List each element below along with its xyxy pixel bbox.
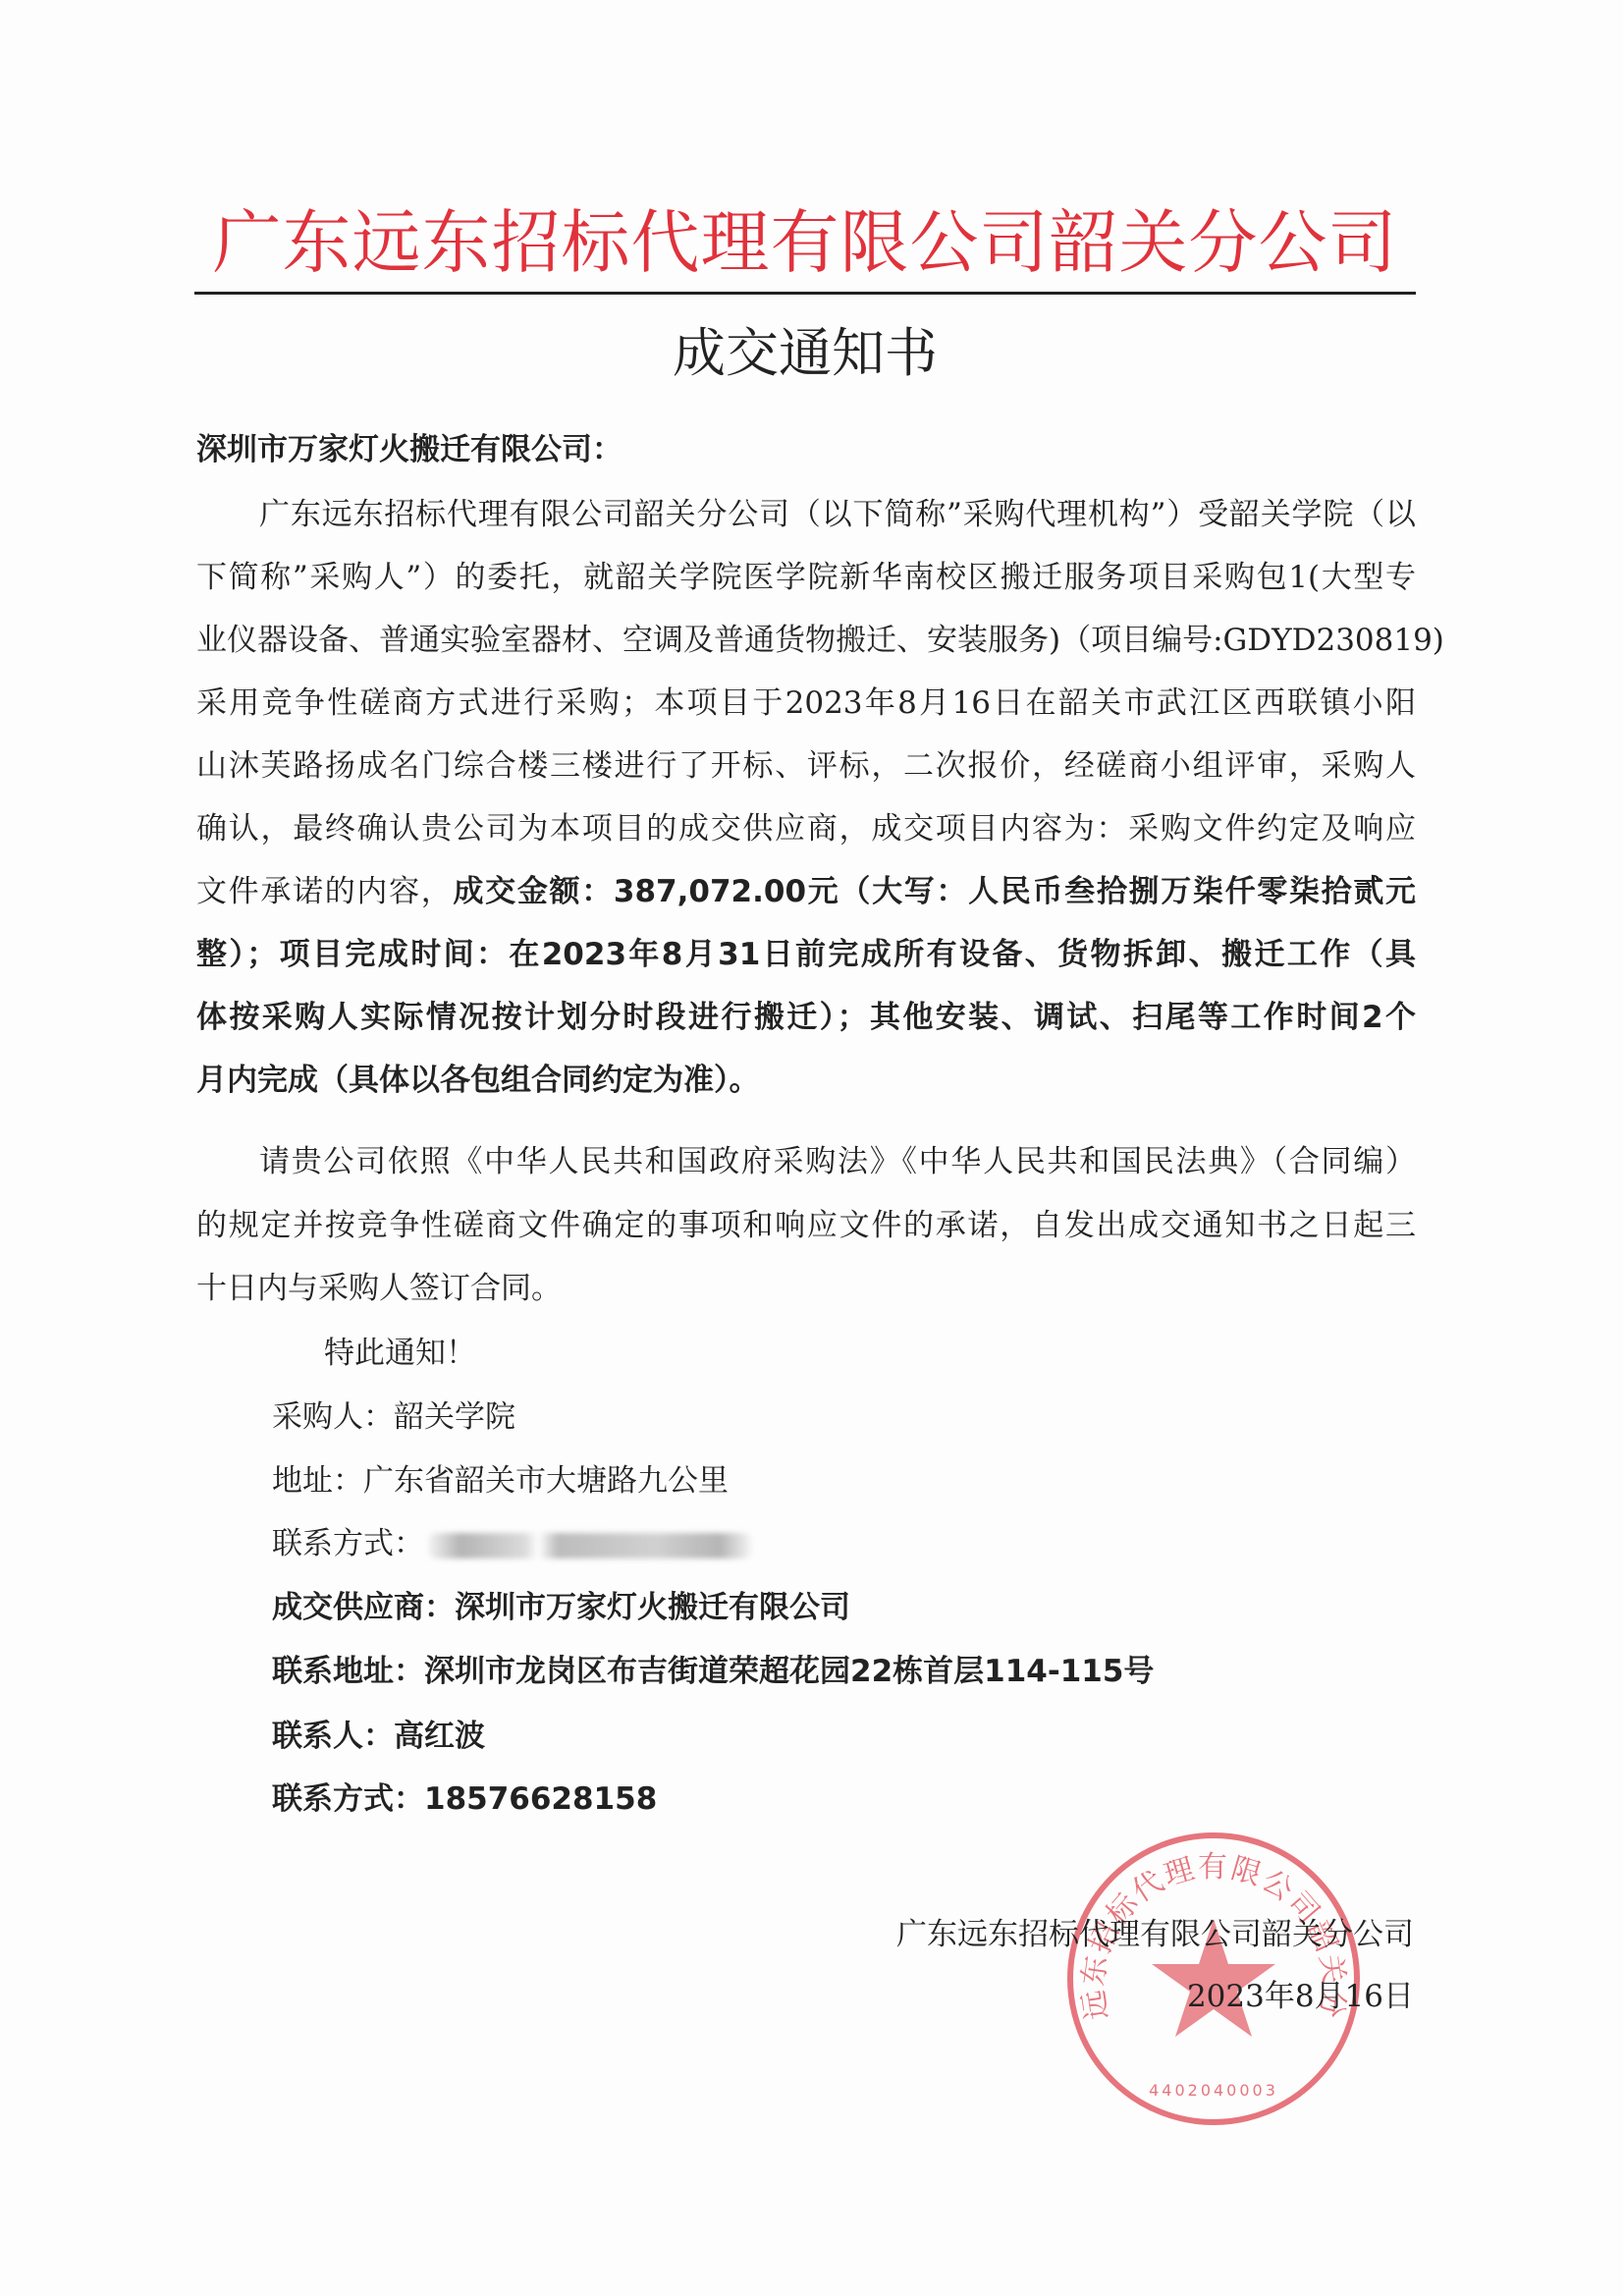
contract-amount: 成交金额：387,072.00元（大写：人民币叁拾捌万柒仟零柒拾贰元 xyxy=(453,874,1416,909)
purchaser-name-row: 采购人：韶关学院 xyxy=(272,1397,1352,1437)
purchaser-contact-row: 联系方式： xyxy=(272,1524,1352,1563)
closing-notice: 特此通知！ xyxy=(324,1334,717,1373)
svg-text:4402040003: 4402040003 xyxy=(1149,2081,1278,2100)
letterhead-company-name: 广东远东招标代理有限公司韶关分公司 xyxy=(194,201,1416,284)
purchaser-address-row: 地址：广东省韶关市大塘路九公里 xyxy=(272,1461,1352,1501)
supplier-address: 深圳市龙岗区布吉街道荣超花园22栋首层114-115号 xyxy=(424,1654,1154,1689)
purchaser-address: 广东省韶关市大塘路九公里 xyxy=(363,1463,729,1499)
signature-organization: 广东远东招标代理有限公司韶关分公司 xyxy=(864,1915,1414,1954)
paragraph1-line-6: 确认，最终确认贵公司为本项目的成交供应商，成交项目内容为：采购文件约定及响应 xyxy=(196,809,1416,848)
supplier-phone-row: 联系方式：18576628158 xyxy=(272,1779,1352,1819)
purchaser-address-label: 地址： xyxy=(272,1463,363,1499)
signature-date: 2023年8月16日 xyxy=(982,1977,1414,2016)
redacted-contact-blur xyxy=(428,1533,752,1558)
supplier-contact-person-row: 联系人：高红波 xyxy=(272,1717,1352,1756)
document-page: 广东远东招标代理有限公司韶关分公司 成交通知书 深圳市万家灯火搬迁有限公司： 广… xyxy=(0,0,1623,2296)
purchaser-contact-label: 联系方式： xyxy=(272,1526,424,1561)
paragraph1-line-3: 业仪器设备、普通实验室器材、空调及普通货物搬迁、安装服务)（项目编号:GDYD2… xyxy=(196,621,1416,660)
paragraph2-line-3: 十日内与采购人签订合同。 xyxy=(196,1269,1416,1308)
letterhead-divider xyxy=(194,292,1416,295)
paragraph1-line-4: 采用竞争性磋商方式进行采购；本项目于2023年8月16日在韶关市武江区西联镇小阳 xyxy=(196,683,1416,723)
paragraph1-line-5: 山沐芙路扬成名门综合楼三楼进行了开标、评标，二次报价，经磋商小组评审，采购人 xyxy=(196,746,1416,786)
completion-time-line-2: 体按采购人实际情况按计划分时段进行搬迁）；其他安装、调试、扫尾等工作时间2个 xyxy=(196,998,1416,1037)
supplier-phone-label: 联系方式： xyxy=(272,1781,424,1817)
supplier-name-label: 成交供应商： xyxy=(272,1590,455,1625)
purchaser-name-label: 采购人： xyxy=(272,1399,394,1435)
paragraph2-line-2: 的规定并按竞争性磋商文件确定的事项和响应文件的承诺，自发出成交通知书之日起三 xyxy=(196,1206,1416,1245)
paragraph1-line-1: 广东远东招标代理有限公司韶关分公司（以下简称”采购代理机构”）受韶关学院（以 xyxy=(259,495,1416,534)
supplier-address-label: 联系地址： xyxy=(272,1654,424,1689)
completion-time-line-3: 月内完成（具体以各包组合同约定为准）。 xyxy=(196,1061,1416,1100)
supplier-name-row: 成交供应商：深圳市万家灯火搬迁有限公司 xyxy=(272,1588,1352,1627)
supplier-name: 深圳市万家灯火搬迁有限公司 xyxy=(455,1590,850,1625)
contract-content-text: 文件承诺的内容， xyxy=(196,874,453,909)
addressee: 深圳市万家灯火搬迁有限公司： xyxy=(196,430,1416,469)
supplier-contact-person: 高红波 xyxy=(394,1719,485,1754)
paragraph1-line-7: 文件承诺的内容，成交金额：387,072.00元（大写：人民币叁拾捌万柒仟零柒拾… xyxy=(196,872,1416,911)
paragraph1-line-2: 下简称”采购人”）的委托，就韶关学院医学院新华南校区搬迁服务项目采购包1(大型专 xyxy=(196,558,1416,597)
completion-time-line-1: 整）；项目完成时间：在2023年8月31日前完成所有设备、货物拆卸、搬迁工作（具 xyxy=(196,935,1416,974)
purchaser-name: 韶关学院 xyxy=(394,1399,515,1435)
supplier-contact-person-label: 联系人： xyxy=(272,1719,394,1754)
paragraph2-line-1: 请贵公司依照《中华人民共和国政府采购法》《中华人民共和国民法典》（合同编） xyxy=(259,1142,1416,1181)
supplier-phone: 18576628158 xyxy=(424,1781,657,1817)
document-title: 成交通知书 xyxy=(194,319,1416,388)
supplier-address-row: 联系地址：深圳市龙岗区布吉街道荣超花园22栋首层114-115号 xyxy=(272,1652,1352,1691)
